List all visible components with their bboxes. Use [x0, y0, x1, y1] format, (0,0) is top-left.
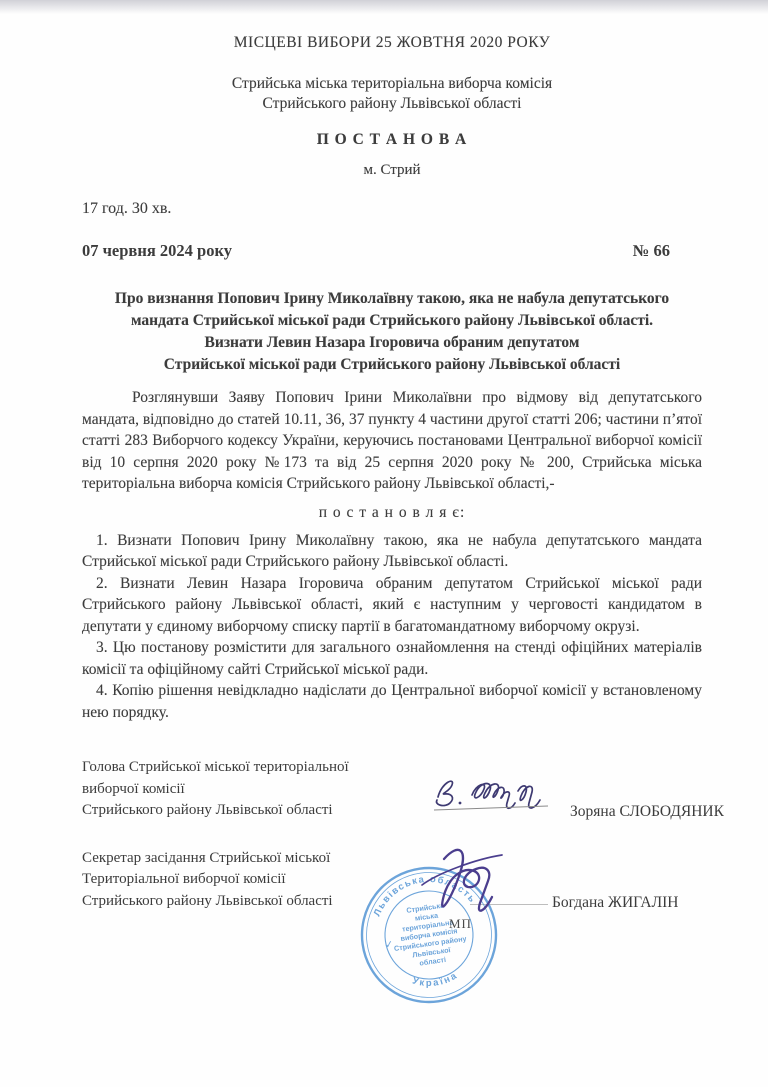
- secretary-role-line-3: Стрийського району Львівської області: [82, 893, 333, 909]
- secretary-name: Богдана ЖИГАЛІН: [552, 894, 678, 912]
- chair-role-line-3: Стрийського району Львівської області: [82, 802, 333, 818]
- title-line-1: Про визнання Попович Ірину Миколаївну та…: [115, 290, 669, 307]
- title-line-3: Визнати Левин Назара Ігоровича обраним д…: [205, 334, 580, 351]
- signature-block-chair: Голова Стрийської міської територіальної…: [82, 757, 702, 822]
- commission-name-line1: Стрийська міська територіальна виборча к…: [82, 74, 702, 94]
- city-label: м. Стрий: [82, 162, 702, 179]
- chair-signature-area: [422, 769, 562, 822]
- commission-name-line2: Стрийського району Львівської області: [82, 94, 702, 114]
- document-body: МІСЦЕВІ ВИБОРИ 25 ЖОВТНЯ 2020 РОКУ Стрий…: [0, 0, 768, 912]
- title-line-4: Стрийської міської ради Стрийського райо…: [164, 356, 620, 373]
- resolution-item-4: 4. Копію рішення невідкладно надіслати д…: [82, 680, 702, 723]
- document-type-heading: П О С Т А Н О В А: [82, 131, 702, 149]
- secretary-handwritten-signature: [398, 843, 528, 963]
- resolution-item-2: 2. Визнати Левин Назара Ігоровича обрани…: [82, 573, 702, 638]
- document-date: 07 червня 2024 року: [82, 241, 232, 261]
- resolves-word: п о с т а н о в л я є:: [82, 504, 702, 522]
- svg-text:Україна: Україна: [410, 969, 462, 992]
- chair-name: Зоряна СЛОБОДЯНИК: [570, 803, 724, 821]
- chair-role-line-2: виборчої комісії: [82, 781, 185, 797]
- scan-edge-artifact: [0, 0, 768, 14]
- preamble-paragraph: Розглянувши Заяву Попович Ірини Миколаїв…: [82, 387, 702, 495]
- meeting-time: 17 год. 30 хв.: [82, 200, 702, 218]
- title-line-2: мандата Стрийської міської ради Стрийськ…: [131, 312, 653, 329]
- resolution-items: 1. Визнати Попович Ірину Миколаївну тако…: [82, 530, 702, 724]
- document-page: МІСЦЕВІ ВИБОРИ 25 ЖОВТНЯ 2020 РОКУ Стрий…: [0, 0, 768, 1087]
- date-number-row: 07 червня 2024 року № 66: [82, 241, 702, 261]
- stamp-bottom-arc-text: Україна: [410, 969, 462, 992]
- seal-place-label: МП: [449, 916, 472, 932]
- election-header: МІСЦЕВІ ВИБОРИ 25 ЖОВТНЯ 2020 РОКУ: [82, 34, 702, 52]
- chair-handwritten-signature: [422, 769, 562, 817]
- resolution-item-1: 1. Визнати Попович Ірину Миколаївну тако…: [82, 530, 702, 573]
- resolution-title: Про визнання Попович Ірину Миколаївну та…: [82, 288, 702, 376]
- stamp-check-mark: ✓: [384, 939, 394, 951]
- secretary-role-line-1: Секретар засідання Стрийської міської: [82, 850, 330, 866]
- resolution-item-3: 3. Цю постанову розмістити для загальног…: [82, 637, 702, 680]
- chair-role-text: Голова Стрийської міської територіальної…: [82, 757, 400, 822]
- document-number: № 66: [633, 241, 670, 261]
- chair-role-line-1: Голова Стрийської міської територіальної: [82, 759, 349, 775]
- secretary-role-line-2: Територіальної виборчої комісії: [82, 871, 286, 887]
